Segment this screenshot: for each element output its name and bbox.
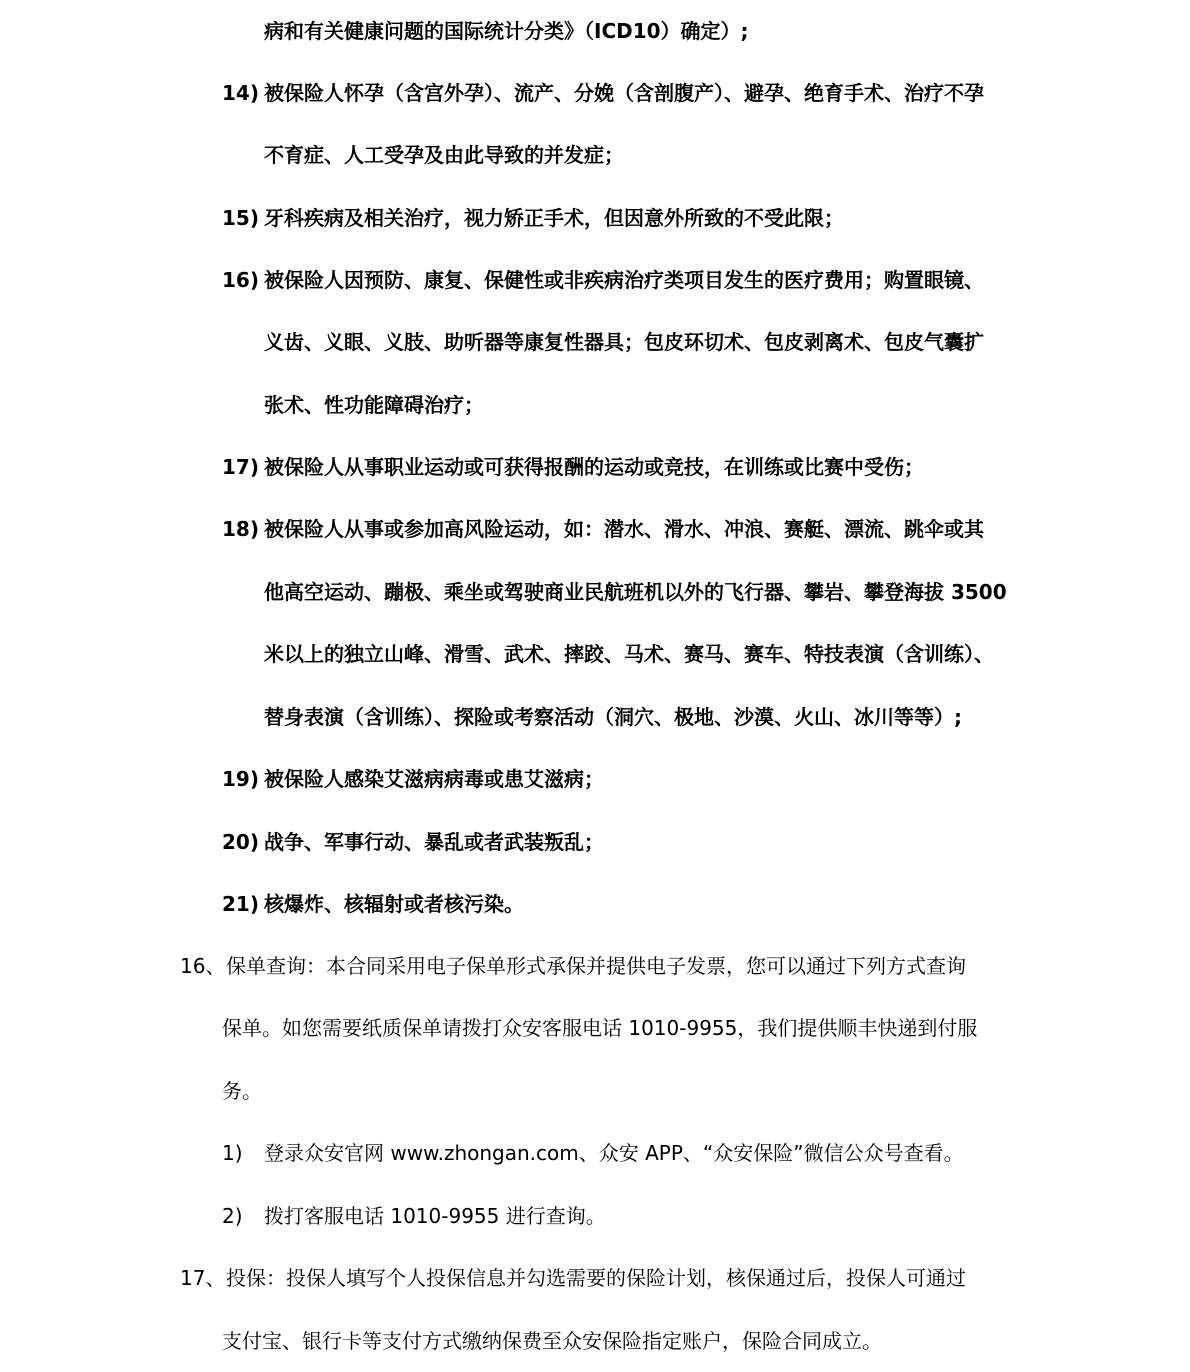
item-text: 张术、性功能障碍治疗；: [264, 391, 484, 419]
item-number: 14): [222, 79, 259, 107]
item-text: 牙科疾病及相关治疗，视力矫正手术，但因意外所致的不受此限；: [264, 204, 844, 232]
section-text: 保单。如您需要纸质保单请拨打众安客服电话 1010-9955，我们提供顺丰快递到…: [222, 1014, 977, 1042]
section-number: 17、: [180, 1264, 225, 1292]
exclusion-continuation: 病和有关健康问题的国际统计分类》（ICD10）确定）;: [264, 17, 749, 45]
item-text: 被保险人因预防、康复、保健性或非疾病治疗类项目发生的医疗费用；购置眼镜、: [264, 266, 984, 294]
item-text: 不育症、人工受孕及由此导致的并发症；: [264, 141, 624, 169]
item-number: 21): [222, 890, 259, 918]
item-text: 战争、军事行动、暴乱或者武装叛乱；: [264, 828, 604, 856]
subitem-number: 2): [222, 1202, 243, 1230]
subitem-text: 拨打客服电话 1010-9955 进行查询。: [264, 1202, 606, 1230]
item-number: 20): [222, 828, 259, 856]
item-number: 15): [222, 204, 259, 232]
item-number: 17): [222, 453, 259, 481]
section-text: 投保：投保人填写个人投保信息并勾选需要的保险计划，核保通过后，投保人可通过: [226, 1264, 966, 1292]
item-text: 米以上的独立山峰、滑雪、武术、摔跤、马术、赛马、赛车、特技表演（含训练）、: [264, 640, 994, 668]
item-text: 他高空运动、蹦极、乘坐或驾驶商业民航班机以外的飞行器、攀岩、攀登海拔 3500: [264, 578, 1007, 606]
item-text: 核爆炸、核辐射或者核污染。: [264, 890, 524, 918]
item-number: 16): [222, 266, 259, 294]
section-text: 保单查询：本合同采用电子保单形式承保并提供电子发票，您可以通过下列方式查询: [226, 952, 966, 980]
subitem-number: 1): [222, 1139, 243, 1167]
section-text: 务。: [222, 1077, 262, 1105]
item-number: 19): [222, 765, 259, 793]
item-text: 被保险人从事或参加高风险运动，如：潜水、滑水、冲浪、赛艇、漂流、跳伞或其: [264, 515, 984, 543]
item-text: 替身表演（含训练）、探险或考察活动（洞穴、极地、沙漠、火山、冰川等等）;: [264, 703, 962, 731]
item-text: 被保险人怀孕（含宫外孕）、流产、分娩（含剖腹产）、避孕、绝育手术、治疗不孕: [264, 79, 984, 107]
item-text: 被保险人从事职业运动或可获得报酬的运动或竞技，在训练或比赛中受伤；: [264, 453, 924, 481]
item-text: 义齿、义眼、义肢、助听器等康复性器具；包皮环切术、包皮剥离术、包皮气囊扩: [264, 328, 984, 356]
item-number: 18): [222, 515, 259, 543]
item-text: 被保险人感染艾滋病病毒或患艾滋病；: [264, 765, 604, 793]
section-number: 16、: [180, 952, 225, 980]
section-text: 支付宝、银行卡等支付方式缴纳保费至众安保险指定账户，保险合同成立。: [222, 1327, 882, 1355]
subitem-text: 登录众安官网 www.zhongan.com、众安 APP、“众安保险”微信公众…: [264, 1139, 964, 1167]
